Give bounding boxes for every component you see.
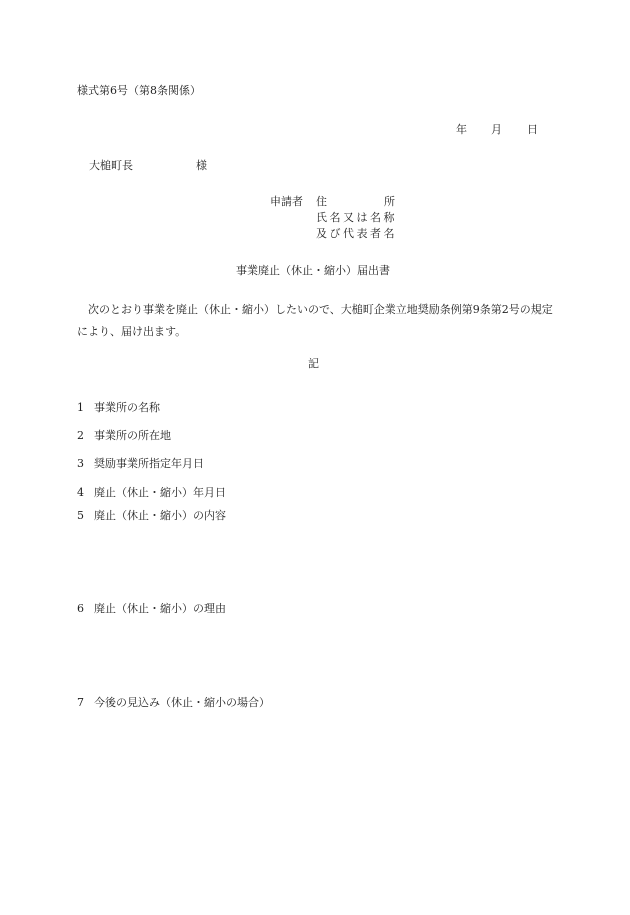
body-text: 次のとおり事業を廃止（休止・縮小）したいので、大槌町企業立地奨励条例第9条第2号… [77,299,557,343]
item-label: 廃止（休止・縮小）の内容 [94,509,226,522]
item-number: 2 [77,429,94,443]
item-number: 5 [77,509,94,523]
date-day-label: 日 [527,123,538,137]
addressee-name: 大槌町長 [89,159,133,173]
item-label: 廃止（休止・縮小）年月日 [94,486,226,499]
list-item: 2事業所の所在地 [77,429,171,443]
address-label-right: 所 [384,195,395,209]
list-item: 4廃止（休止・縮小）年月日 [77,486,226,500]
item-number: 7 [77,696,94,710]
item-label: 奨励事業所指定年月日 [94,457,204,470]
ki-heading: 記 [308,357,319,371]
list-item: 5廃止（休止・縮小）の内容 [77,509,226,523]
list-item: 1事業所の名称 [77,401,160,415]
document-title: 事業廃止（休止・縮小）届出書 [236,264,390,278]
item-number: 3 [77,457,94,471]
addressee-honorific: 様 [196,159,207,173]
list-item: 7今後の見込み（休止・縮小の場合） [77,696,270,710]
list-item: 6廃止（休止・縮小）の理由 [77,602,226,616]
date-year-label: 年 [456,123,467,137]
item-label: 廃止（休止・縮小）の理由 [94,602,226,615]
item-label: 今後の見込み（休止・縮小の場合） [94,696,270,709]
item-number: 4 [77,486,94,500]
address-label-left: 住 [316,195,327,209]
name-label: 氏名又は名称 [316,211,397,225]
date-month-label: 月 [491,123,502,137]
item-number: 6 [77,602,94,616]
item-number: 1 [77,401,94,415]
item-label: 事業所の所在地 [94,429,171,442]
item-label: 事業所の名称 [94,401,160,414]
list-item: 3奨励事業所指定年月日 [77,457,204,471]
form-number: 様式第6号（第8条関係） [77,84,201,98]
applicant-label: 申請者 [270,195,303,209]
representative-label: 及び代表者名 [316,227,397,241]
